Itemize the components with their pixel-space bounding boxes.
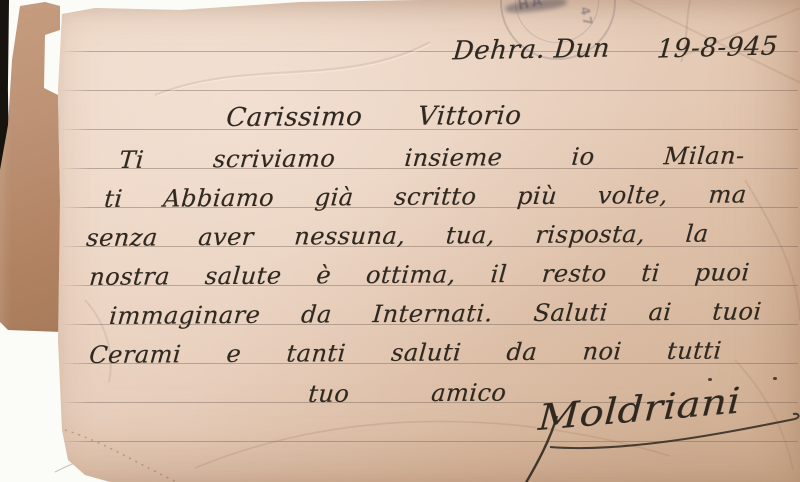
body-line: Ti scriviamo insieme io Milan- bbox=[118, 140, 746, 176]
body-line: immaginare da Internati. Saluti ai tuoi bbox=[108, 295, 763, 332]
dateline-place: Dehra. Dun bbox=[451, 33, 611, 68]
salutation: Carissimo Vittorio bbox=[225, 100, 523, 134]
body-line: ti Abbiamo già scritto più volte, ma bbox=[103, 179, 748, 215]
body-line: Cerami e tanti saluti da noi tutti bbox=[88, 335, 723, 371]
body-line: nostra salute è ottima, il resto ti puoi bbox=[88, 256, 751, 293]
ink-speck bbox=[773, 377, 777, 380]
dateline-date: 19-8-945 bbox=[656, 30, 780, 65]
scanned-letter-photo: HA 47 Dehra. Dun 19-8-945 Carissimo Vitt… bbox=[0, 0, 800, 482]
closing: tuo amico bbox=[307, 377, 508, 410]
body-line: senza aver nessuna, tua, risposta, la bbox=[85, 218, 710, 254]
letter-sheet: HA 47 Dehra. Dun 19-8-945 Carissimo Vitt… bbox=[45, 0, 800, 482]
ink-speck bbox=[708, 378, 712, 381]
